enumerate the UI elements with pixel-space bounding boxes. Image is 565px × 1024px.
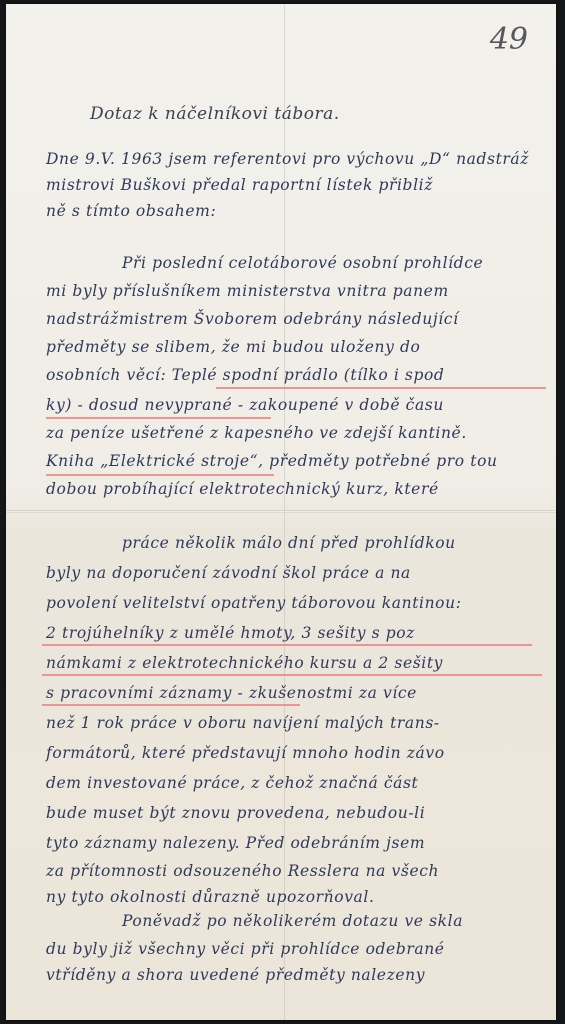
red-underline (46, 474, 274, 476)
red-underline (216, 387, 546, 389)
text-line: než 1 rok práce v oboru navíjení malých … (46, 714, 440, 732)
text-line: Při poslední celotáborové osobní prohlíd… (122, 254, 483, 272)
text-line: osobních věcí: Teplé spodní prádlo (tílk… (46, 366, 444, 384)
red-underline (42, 674, 542, 676)
text-line: Poněvadž po několikerém dotazu ve skla (122, 912, 463, 930)
red-underline (42, 704, 300, 706)
text-line: povolení velitelství opatřeny táborovou … (46, 594, 462, 612)
text-line: 2 trojúhelníky z umělé hmoty, 3 sešity s… (46, 624, 415, 642)
text-line: tyto záznamy nalezeny. Před odebráním js… (46, 834, 425, 852)
folio-number: 49 (490, 22, 528, 57)
letter-title: Dotaz k náčelníkovi tábora. (90, 104, 340, 124)
text-line: s pracovními záznamy - zkušenostmi za ví… (46, 684, 417, 702)
horizontal-fold-crease (6, 510, 556, 513)
text-line: du byly již všechny věci při prohlídce o… (46, 940, 445, 958)
text-line: bude muset být znovu provedena, nebudou-… (46, 804, 425, 822)
text-line: dobou probíhající elektrotechnický kurz,… (46, 480, 439, 498)
text-line: Dne 9.V. 1963 jsem referentovi pro výcho… (46, 150, 529, 168)
text-line: mi byly příslušníkem ministerstva vnitra… (46, 282, 449, 300)
red-underline (42, 644, 532, 646)
text-line: za peníze ušetřené z kapesného ve zdejší… (46, 424, 467, 442)
text-line: ny tyto okolnosti důrazně upozorňoval. (46, 888, 374, 906)
red-underline (46, 417, 271, 419)
text-line: ně s tímto obsahem: (46, 202, 216, 220)
letter-sheet: 49 Dotaz k náčelníkovi tábora. Dne 9.V. … (6, 4, 556, 1020)
text-line: Kniha „Elektrické stroje“, předměty potř… (46, 452, 498, 470)
text-line: ky) - dosud nevyprané - zakoupené v době… (46, 396, 444, 414)
text-line: práce několik málo dní před prohlídkou (122, 534, 456, 552)
text-line: formátorů, které představují mnoho hodin… (46, 744, 445, 762)
text-line: dem investované práce, z čehož značná čá… (46, 774, 418, 792)
text-line: za přítomnosti odsouzeného Resslera na v… (46, 862, 439, 880)
text-line: vtříděny a shora uvedené předměty naleze… (46, 966, 425, 984)
text-line: námkami z elektrotechnického kursu a 2 s… (46, 654, 443, 672)
text-line: nadstrážmistrem Švoborem odebrány násled… (46, 310, 459, 328)
text-line: mistrovi Buškovi předal raportní lístek … (46, 176, 433, 194)
text-line: byly na doporučení závodní škol práce a … (46, 564, 411, 582)
text-line: předměty se slibem, že mi budou uloženy … (46, 338, 420, 356)
